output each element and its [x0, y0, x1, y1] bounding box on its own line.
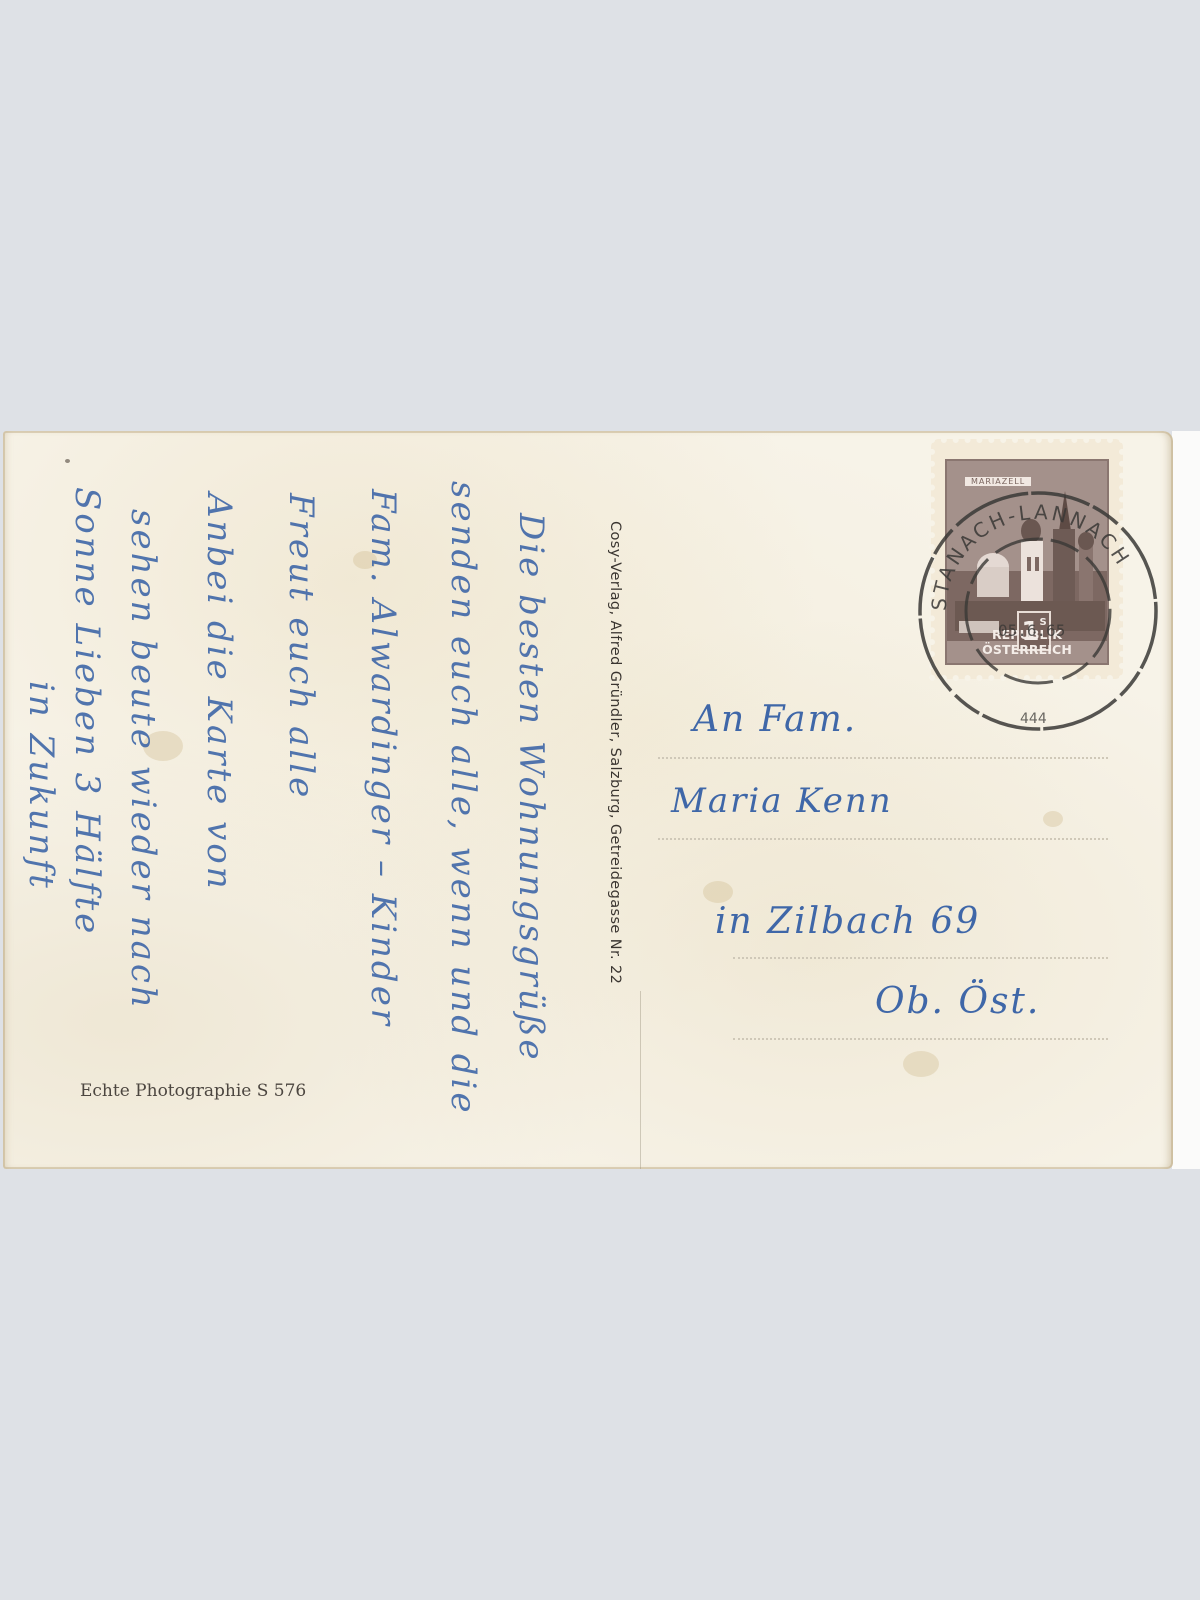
- stain: [903, 1051, 939, 1077]
- spot: [65, 459, 70, 463]
- message-line: Fam. Alwardinger – Kinder: [363, 489, 403, 1028]
- address-rule: [658, 757, 1108, 759]
- stamp-design: MARIAZELL 1S REPUBLIK ÖSTERREICH: [945, 459, 1109, 665]
- message-line: Anbei die Karte von: [199, 493, 239, 892]
- postcard-back: Cosy-Verlag, Alfred Gründler, Salzburg, …: [3, 431, 1173, 1169]
- address-rule: [733, 1038, 1108, 1040]
- message-line: Die besten Wohnungsgrüße: [511, 513, 551, 1063]
- address-rule: [733, 957, 1108, 959]
- stain: [1043, 811, 1063, 827]
- publisher-imprint: Cosy-Verlag, Alfred Gründler, Salzburg, …: [607, 521, 623, 984]
- scan-edge: [1172, 431, 1200, 1169]
- address-line-2: Maria Kenn: [671, 781, 893, 821]
- stain: [703, 881, 733, 903]
- message-line: Freut euch alle: [281, 493, 321, 800]
- address-rule: [658, 838, 1108, 840]
- message-line: in Zukunft: [21, 681, 61, 891]
- photo-caption: Echte Photographie S 576: [80, 1081, 306, 1101]
- image-viewer: Cosy-Verlag, Alfred Gründler, Salzburg, …: [0, 0, 1200, 1600]
- postmark-code: 444: [1020, 711, 1047, 727]
- message-line: sehen beute wieder nach: [123, 509, 163, 1011]
- message-line: Sonne Lieben 3 Hälfte: [67, 487, 107, 936]
- address-line-4: Ob. Öst.: [875, 981, 1040, 1022]
- postage-stamp: MARIAZELL 1S REPUBLIK ÖSTERREICH: [935, 443, 1119, 675]
- message-line: senden euch alle, wenn und die: [443, 481, 483, 1116]
- stamp-place-label: MARIAZELL: [965, 477, 1031, 486]
- stamp-country: REPUBLIK ÖSTERREICH: [947, 627, 1107, 657]
- crease: [640, 991, 641, 1169]
- address-line-1: An Fam.: [693, 699, 857, 740]
- address-line-3: in Zilbach 69: [715, 901, 980, 942]
